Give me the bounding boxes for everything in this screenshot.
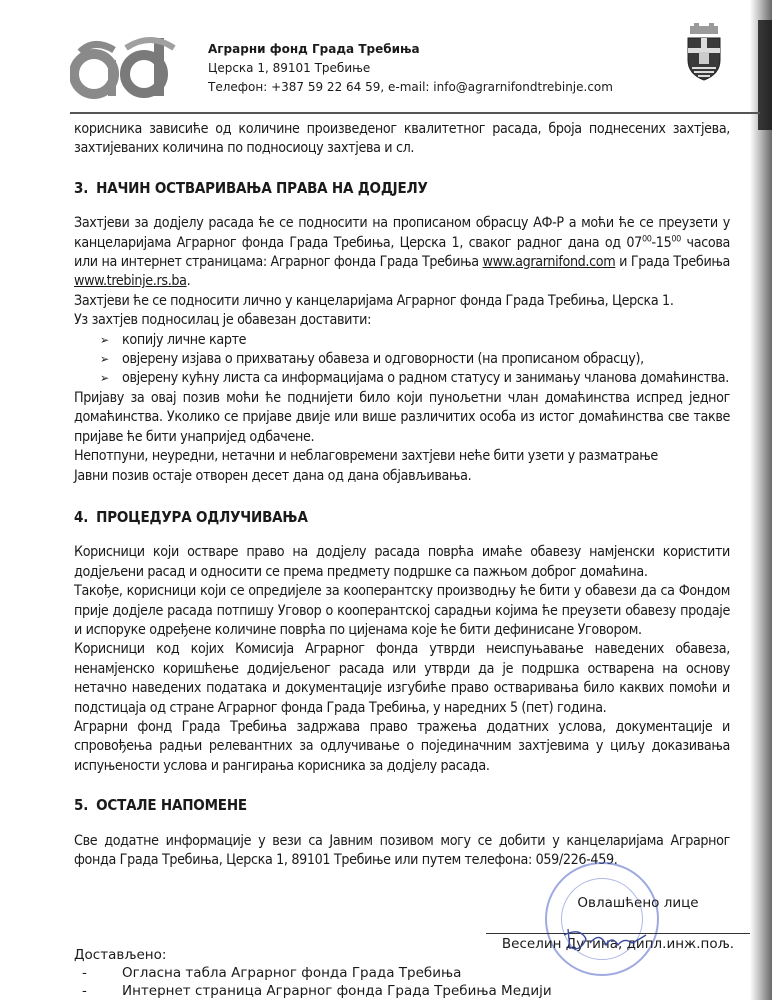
link-trebinje[interactable]: www.trebinje.rs.ba [74,273,187,289]
org-contact: Телефон: +387 59 22 64 59, e-mail: info@… [208,78,613,97]
list-item: копију личне карте [100,331,730,350]
intro-paragraph: корисника зависиће од количине произведе… [74,120,730,159]
section-3-heading: 3.НАЧИН ОСТВАРИВАЊА ПРАВА НА ДОДЈЕЛУ [74,179,730,198]
section-3-paragraph-2: Захтјеви ће се подносити лично у канцела… [74,292,730,311]
section-3-paragraph-1: Захтјеви за додјелу расада ће се подноси… [74,214,730,292]
coat-of-arms-icon [684,22,724,82]
document-body: корисника зависиће од количине произведе… [74,120,730,870]
section-3-paragraph-4: Пријаву за овај позив моћи ће поднијети … [74,389,730,447]
section-3-paragraph-3: Уз захтјев подносилац је обавезан достав… [74,311,730,330]
section-4-paragraph-3: Корисници код којих Комисија Аграрног фо… [74,640,730,718]
section-4-paragraph-4: Аграрни фонд Града Требиња задржава прав… [74,718,730,776]
distribution-label: Достављено: [74,946,552,964]
list-item: овјерену изјава о прихватању обавеза и о… [100,350,730,369]
fund-logo-icon [70,34,190,100]
scan-shadow-corner [758,20,772,130]
link-agrarnifond[interactable]: www.agrarnifond.com [483,254,616,270]
header-divider [70,112,760,114]
org-name: Аграрни фонд Града Требиња [208,40,613,59]
signatory-title: Овлашћено лице [526,895,750,911]
org-info: Аграрни фонд Града Требиња Церска 1, 891… [208,40,613,97]
distribution-list: Достављено: Огласна табла Аграрног фонда… [74,946,552,1000]
scan-shadow-edge [750,0,772,1000]
handwritten-signature [560,925,650,955]
section-3-paragraph-5: Непотпуни, неуредни, нетачни и неблаговр… [74,447,730,466]
section-5-paragraph-1: Све додатне информације у вези са Јавним… [74,832,730,871]
section-3-paragraph-6: Јавни позив остаје отворен десет дана од… [74,467,730,486]
section-4-heading: 4.ПРОЦЕДУРА ОДЛУЧИВАЊА [74,508,730,527]
letterhead: Аграрни фонд Града Требиња Церска 1, 891… [70,28,690,103]
section-5-heading: 5.ОСТАЛЕ НАПОМЕНЕ [74,796,730,815]
required-documents-list: копију личне карте овјерену изјава о при… [74,331,730,389]
section-4-paragraph-1: Корисници који остваре право на додјелу … [74,543,730,582]
list-item: овјерену кућну листа са информацијама о … [100,369,730,388]
org-address: Церска 1, 89101 Требиње [208,59,613,78]
section-4-paragraph-2: Такође, корисници који се опредијеле за … [74,582,730,640]
list-item: Интернет страница Аграрног фонда Града Т… [74,982,552,1000]
list-item: Огласна табла Аграрног фонда Града Треби… [74,964,552,982]
